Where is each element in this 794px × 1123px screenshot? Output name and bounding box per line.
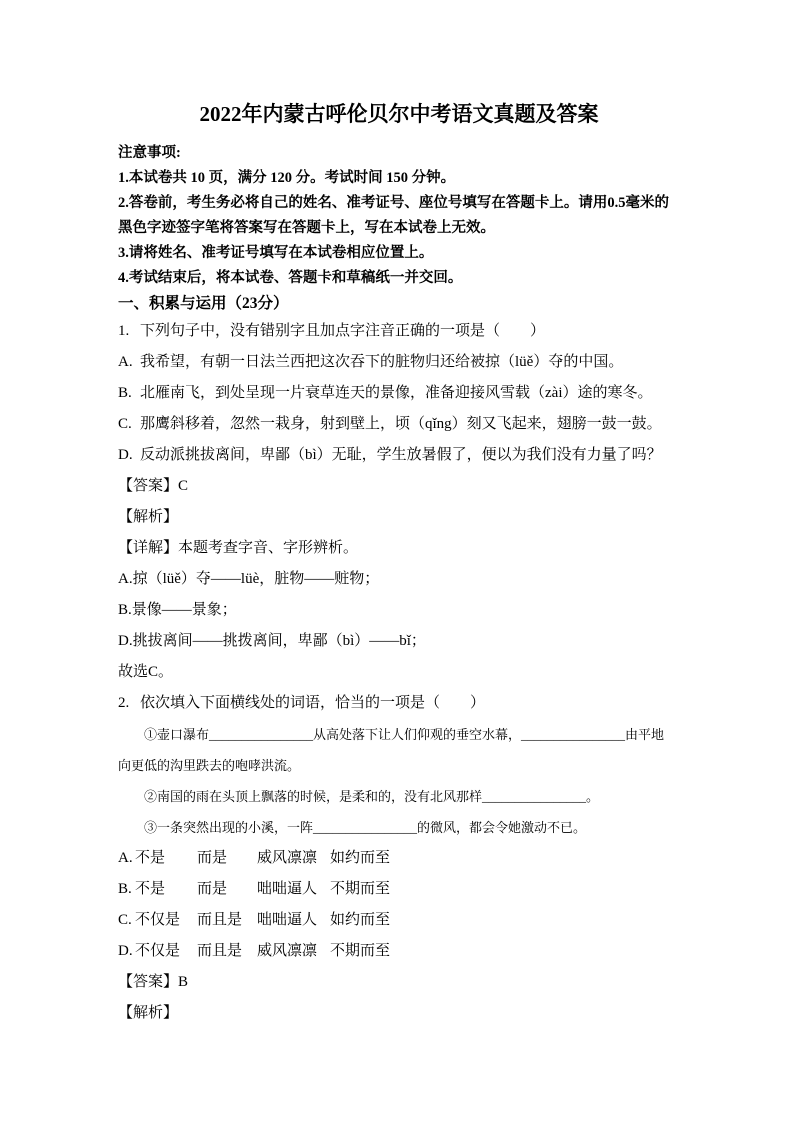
q1-option-a-text: 我希望，有朝一日法兰西把这次吞下的脏物归还给被掠（lüě）夺的中国。: [140, 354, 623, 370]
q2-option-d-word-3: 威风凛凛: [257, 936, 330, 967]
q1-analysis-line-b: B.景像——景象；: [118, 595, 680, 626]
q2-number: 2.: [118, 688, 140, 719]
q2-option-c: C.不仅是而且是咄咄逼人如约而至: [118, 905, 680, 936]
q2-answer-line: 【答案】B: [118, 967, 680, 998]
q1-option-b-letter: B.: [118, 378, 140, 409]
q2-option-d-word-2: 而且是: [197, 936, 257, 967]
q2-blank-item-3: ③一条突然出现的小溪，一阵________________的微风，都会令她激动不…: [118, 812, 680, 843]
notice-line-2: 2.答卷前，考生务必将自己的姓名、准考证号、座位号填写在答题卡上。请用0.5毫米…: [118, 191, 680, 216]
notice-line-2-cont: 黑色字迹签字笔将答案写在答题卡上，写在本试卷上无效。: [118, 216, 680, 241]
q1-analysis-conclusion: 故选C。: [118, 657, 680, 688]
q1-option-c-text: 那鹰斜移着，忽然一栽身，射到壁上，顷（qǐng）刻又飞起来，翅膀一鼓一鼓。: [140, 416, 662, 432]
q1-answer-label: 【答案】: [118, 478, 178, 494]
q1-answer-line: 【答案】C: [118, 471, 680, 502]
q2-option-b-word-2: 而是: [197, 874, 257, 905]
q1-analysis-label: 【解析】: [118, 502, 680, 533]
q1-analysis-line-d: D.挑拔离间——挑拨离间，卑鄙（bì）——bǐ；: [118, 626, 680, 657]
document-content: 2022年内蒙古呼伦贝尔中考语文真题及答案 注意事项: 1.本试卷共 10 页，…: [118, 100, 680, 1029]
q2-option-a-word-1: 不是: [135, 843, 197, 874]
q2-option-a-word-2: 而是: [197, 843, 257, 874]
q1-option-b-text: 北雁南飞，到处呈现一片衰草连天的景像，准备迎接风雪载（zài）途的寒冬。: [140, 385, 653, 401]
notice-section: 注意事项: 1.本试卷共 10 页，满分 120 分。考试时间 150 分钟。 …: [118, 141, 680, 291]
q1-analysis-line-a: A.掠（lüě）夺——lüè，脏物——赃物；: [118, 564, 680, 595]
q2-option-a-letter: A.: [118, 843, 135, 874]
question-1: 1.下列句子中，没有错别字且加点字注音正确的一项是（ ） A.我希望，有朝一日法…: [118, 316, 680, 688]
q2-option-a: A.不是而是威风凛凛如约而至: [118, 843, 680, 874]
exam-document-page: 2022年内蒙古呼伦贝尔中考语文真题及答案 注意事项: 1.本试卷共 10 页，…: [0, 0, 794, 1123]
q2-option-b: B.不是而是咄咄逼人不期而至: [118, 874, 680, 905]
q1-option-a: A.我希望，有朝一日法兰西把这次吞下的脏物归还给被掠（lüě）夺的中国。: [118, 347, 680, 378]
q1-option-d: D.反动派挑拔离间，卑鄙（bì）无耻，学生放暑假了，便以为我们没有力量了吗？: [118, 440, 680, 471]
q2-stem: 2.依次填入下面横线处的词语，恰当的一项是（ ）: [118, 688, 680, 719]
page-title: 2022年内蒙古呼伦贝尔中考语文真题及答案: [118, 100, 680, 129]
q1-option-c: C.那鹰斜移着，忽然一栽身，射到壁上，顷（qǐng）刻又飞起来，翅膀一鼓一鼓。: [118, 409, 680, 440]
q2-option-b-word-3: 咄咄逼人: [257, 874, 330, 905]
q1-option-b: B.北雁南飞，到处呈现一片衰草连天的景像，准备迎接风雪载（zài）途的寒冬。: [118, 378, 680, 409]
q2-option-c-letter: C.: [118, 905, 135, 936]
q1-detail-line: 【详解】本题考查字音、字形辨析。: [118, 533, 680, 564]
q2-blank-item-2: ②南国的雨在头顶上飘落的时候，是柔和的，没有北风那样______________…: [118, 781, 680, 812]
q2-answer-value: B: [178, 974, 188, 990]
section-heading: 一、积累与运用（23分）: [118, 291, 680, 316]
q1-number: 1.: [118, 316, 140, 347]
q2-stem-text: 依次填入下面横线处的词语，恰当的一项是（ ）: [140, 695, 485, 711]
q2-blank-item-1-cont: 向更低的沟里跌去的咆哮洪流。: [118, 750, 680, 781]
notice-heading: 注意事项:: [118, 141, 680, 166]
q2-option-d: D.不仅是而且是威风凛凛不期而至: [118, 936, 680, 967]
q2-option-a-word-4: 如约而至: [330, 843, 390, 874]
q2-option-d-word-1: 不仅是: [135, 936, 197, 967]
q2-blank-item-1: ①壶口瀑布________________从高处落下让人们仰观的垂空水幕，___…: [118, 719, 680, 750]
q1-option-a-letter: A.: [118, 347, 140, 378]
q2-option-b-letter: B.: [118, 874, 135, 905]
q2-option-d-letter: D.: [118, 936, 135, 967]
q2-option-a-word-3: 威风凛凛: [257, 843, 330, 874]
q1-stem: 1.下列句子中，没有错别字且加点字注音正确的一项是（ ）: [118, 316, 680, 347]
q2-answer-label: 【答案】: [118, 974, 178, 990]
q1-option-d-text: 反动派挑拔离间，卑鄙（bì）无耻，学生放暑假了，便以为我们没有力量了吗？: [140, 447, 662, 463]
q2-option-d-word-4: 不期而至: [330, 936, 390, 967]
notice-line-1: 1.本试卷共 10 页，满分 120 分。考试时间 150 分钟。: [118, 166, 680, 191]
q1-stem-text: 下列句子中，没有错别字且加点字注音正确的一项是（ ）: [140, 323, 545, 339]
notice-line-4: 4.考试结束后，将本试卷、答题卡和草稿纸一并交回。: [118, 266, 680, 291]
q2-option-c-word-3: 咄咄逼人: [257, 905, 330, 936]
q2-analysis-label: 【解析】: [118, 998, 680, 1029]
q1-option-d-letter: D.: [118, 440, 140, 471]
q1-option-c-letter: C.: [118, 409, 140, 440]
question-2: 2.依次填入下面横线处的词语，恰当的一项是（ ） ①壶口瀑布__________…: [118, 688, 680, 1029]
q2-option-c-word-2: 而且是: [197, 905, 257, 936]
q2-option-b-word-4: 不期而至: [330, 874, 390, 905]
q2-option-b-word-1: 不是: [135, 874, 197, 905]
notice-line-3: 3.请将姓名、准考证号填写在本试卷相应位置上。: [118, 241, 680, 266]
q2-option-c-word-4: 如约而至: [330, 905, 390, 936]
q1-answer-value: C: [178, 478, 188, 494]
q2-option-c-word-1: 不仅是: [135, 905, 197, 936]
